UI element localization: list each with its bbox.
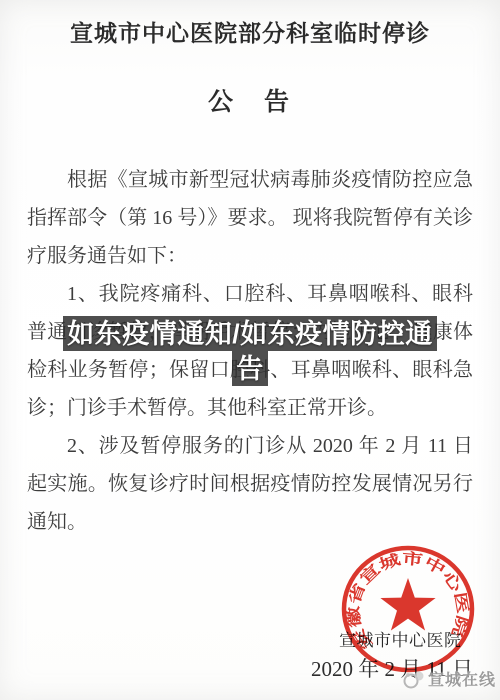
notice-photo: 宣城市中心医院部分科室临时停诊 公 告 根据《宣城市新型冠状病毒肺炎疫情防控应急… (0, 0, 500, 700)
paragraph-item-2: 2、涉及暂停服务的门诊从 2020 年 2 月 11 日起实施。恢复诊疗时间根据… (27, 427, 473, 541)
star-icon (380, 578, 435, 631)
caption-line-2: 告 (232, 351, 268, 386)
caption-overlay: 如东疫情通知/如东疫情防控通 告 (62, 316, 438, 386)
paragraph-intro: 根据《宣城市新型冠状病毒肺炎疫情防控应急指挥部令（第 16 号）》要求。 现将我… (27, 161, 473, 275)
announcement-heading: 公 告 (0, 82, 500, 118)
watermark-label: 宣城在线 (428, 667, 496, 690)
mascot-logo-icon (402, 668, 426, 690)
caption-line-1: 如东疫情通知/如东疫情防控通 (63, 316, 437, 351)
document-title: 宣城市中心医院部分科室临时停诊 (0, 0, 500, 48)
watermark: 宣城在线 (402, 667, 496, 690)
official-seal-stamp: 安徽省宣城市中心医院 (338, 543, 478, 677)
